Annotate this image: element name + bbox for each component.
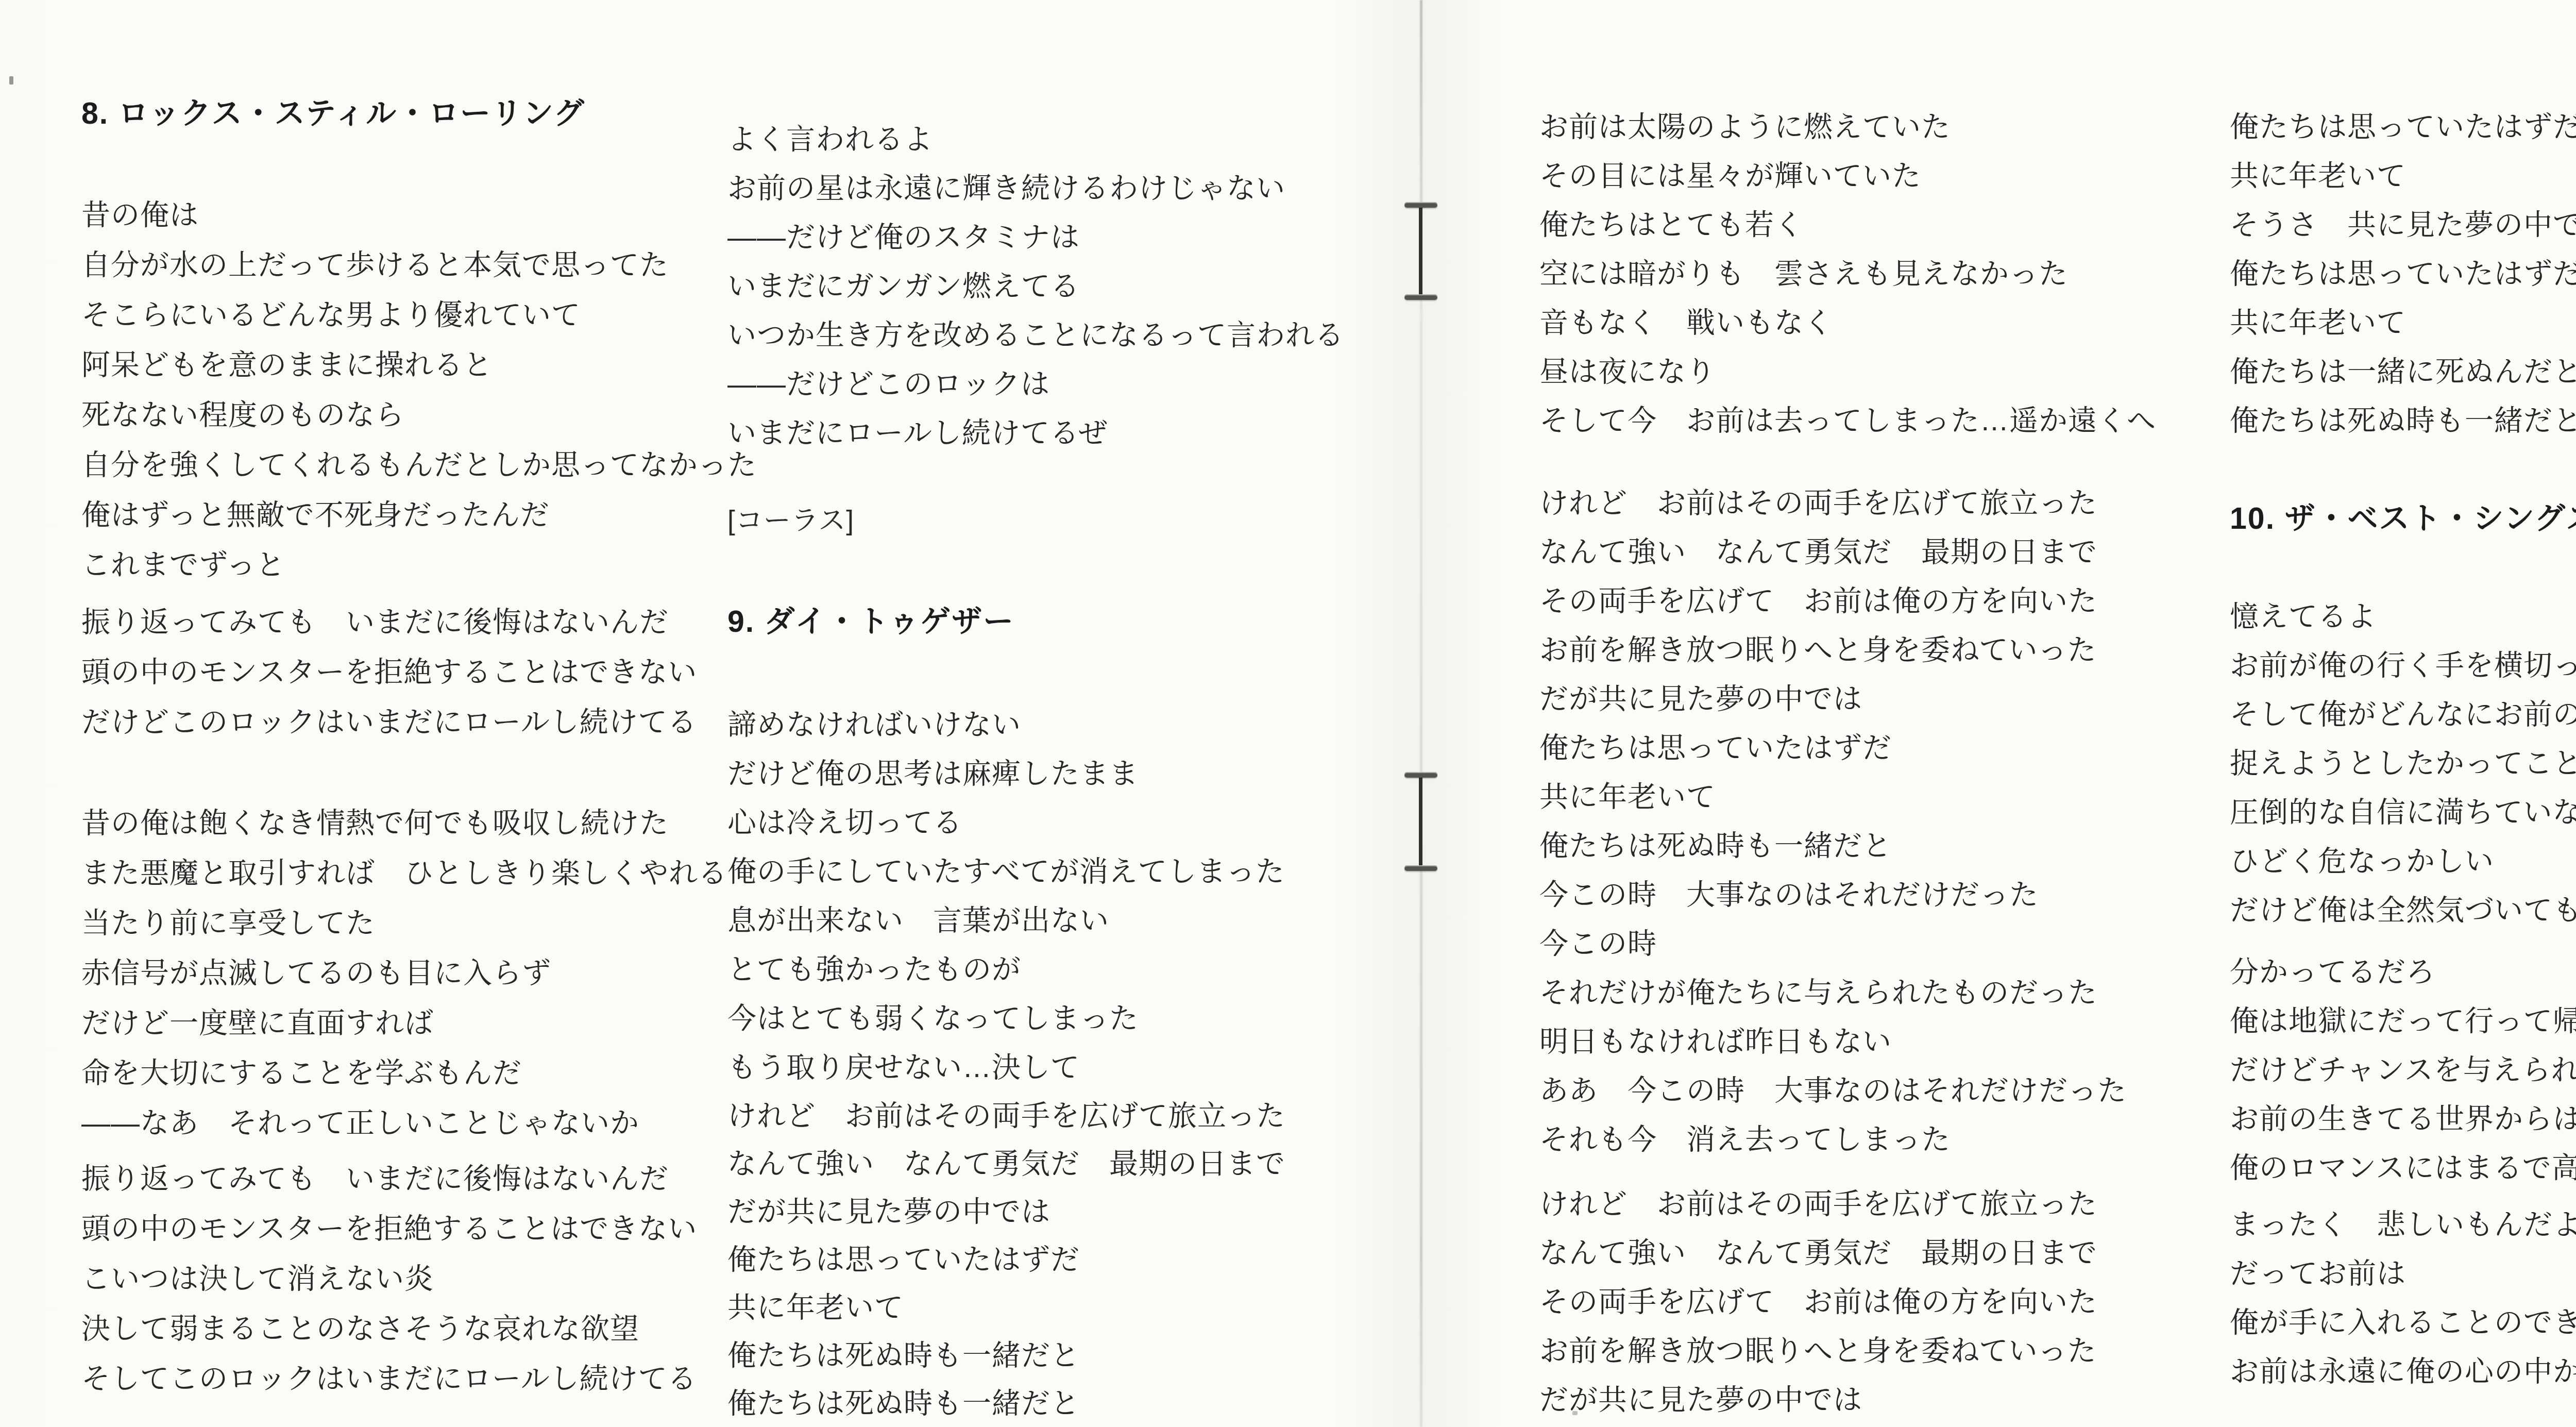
lyric-line: 分かってるだろ <box>2230 947 2576 996</box>
lyric-line: お前が俺の行く手を横切った時のこと <box>2230 641 2576 690</box>
song-10-verse-1: 憶えてるよお前が俺の行く手を横切った時のことそして俺がどんなにお前の視線を捉えよ… <box>2230 592 2576 934</box>
lyric-line: 振り返ってみても いまだに後悔はないんだ <box>81 1153 697 1203</box>
staple-end <box>1404 294 1437 300</box>
staple-end <box>1404 202 1437 208</box>
song-10-title: 10. ザ・ベスト・シングス・アイ・ネヴァー・ハド <box>2230 494 2576 538</box>
song-8-verse-1: 昔の俺は自分が水の上だって歩けると本気で思ってたそこらにいるどんな男より優れてい… <box>81 190 757 590</box>
lyric-line: 俺が手に入れることのできなかった最高のもの <box>2230 1298 2576 1347</box>
lyric-line: だが共に見た夢の中では <box>1539 674 2097 723</box>
lyric-line: いまだにロールし続けてるぜ <box>727 408 1344 457</box>
lyric-line: 命を大切にすることを学ぶもんだ <box>81 1048 727 1098</box>
lyric-line: その両手を広げて お前は俺の方を向いた <box>1539 576 2097 625</box>
lyric-line: いつか生き方を改めることになるって言われる <box>727 310 1344 359</box>
lyrics-column-1: 8. ロックス・スティル・ローリング 昔の俺は自分が水の上だって歩けると本気で思… <box>81 0 741 1427</box>
lyric-line: 死なない程度のものなら <box>81 390 757 440</box>
song-9-chorus-4: 俺たちは思っていたはずだ共に年老いてそうさ 共に見た夢の中では俺たちは思っていた… <box>2230 102 2576 445</box>
staple-leg <box>1419 206 1422 297</box>
lyric-line: 憶えてるよ <box>2230 592 2576 641</box>
lyric-line: お前を解き放つ眠りへと身を委ねていった <box>1539 625 2097 674</box>
lyric-line: お前は永遠に俺の心の中から消えやしない <box>2230 1347 2576 1396</box>
lyric-line: 頭の中のモンスターを拒絶することはできない <box>81 1203 697 1253</box>
song-9-chorus-1: けれど お前はその両手を広げて旅立ったなんて強い なんて勇気だ 最期の日までだが… <box>727 1092 1285 1427</box>
paper-speck <box>9 76 13 85</box>
lyric-line: 空には暗がりも 雲さえも見えなかった <box>1539 249 2156 298</box>
lyric-line: そして俺がどんなにお前の視線を <box>2230 690 2576 738</box>
lyric-line: そこらにいるどんな男より優れていて <box>81 290 757 340</box>
lyric-line: だけど俺は全然気づいてもらえなかった <box>2230 885 2576 934</box>
lyric-line: 明日もなければ昨日もない <box>1539 1017 2127 1066</box>
staple-end <box>1404 865 1437 871</box>
lyric-line: けれど お前はその両手を広げて旅立った <box>1539 478 2097 527</box>
lyric-line: お前の星は永遠に輝き続けるわけじゃない <box>727 163 1344 212</box>
lyrics-column-3: お前は太陽のように燃えていたその目には星々が輝いていた俺たちはとても若く空には暗… <box>1539 0 2219 1427</box>
lyric-line: 俺たちは思っていたはずだ <box>2230 249 2576 298</box>
lyric-line: けれど お前はその両手を広げて旅立った <box>1539 1179 2097 1228</box>
lyrics-column-2: よく言われるよお前の星は永遠に輝き続けるわけじゃない——だけど俺のスタミナはいま… <box>727 0 1408 1427</box>
lyric-line: 心は冷え切ってる <box>727 798 1285 847</box>
lyric-line: 圧倒的な自信に満ちていながら <box>2230 787 2576 836</box>
song-8-chorus-note: [コーラス] <box>727 499 854 538</box>
lyric-line: 俺たちは死ぬ時も一緒だと <box>1539 821 2097 870</box>
paper-speck <box>1572 1411 1578 1415</box>
lyric-line: 諦めなければいけない <box>727 700 1285 749</box>
lyric-line: 共に年老いて <box>2230 151 2576 200</box>
lyric-line: 共に年老いて <box>1539 772 2097 821</box>
lyric-line: 俺たちは思っていたはずだ <box>2230 102 2576 151</box>
lyric-line: だけど俺の思考は麻痺したまま <box>727 749 1285 798</box>
lyric-line: 俺たちは思っていたはずだ <box>1539 723 2097 772</box>
lyric-line: 今この時 <box>1539 919 2127 968</box>
song-9-chorus-2: けれど お前はその両手を広げて旅立ったなんて強い なんて勇気だ 最期の日までその… <box>1539 478 2097 870</box>
lyric-line: ひどく危なっかしい <box>2230 836 2576 885</box>
lyric-line: 息が出来ない 言葉が出ない <box>727 896 1285 945</box>
lyric-line: 昔の俺は <box>81 190 757 240</box>
lyric-line: 音もなく 戦いもなく <box>1539 298 2156 347</box>
lyric-line: いまだにガンガン燃えてる <box>727 261 1344 310</box>
lyric-line: 共に年老いて <box>2230 298 2576 347</box>
lyric-line: だけどチャンスを与えられることすらなかった <box>2230 1045 2576 1094</box>
lyric-line: だけど一度壁に直面すれば <box>81 998 727 1048</box>
lyric-line: 今この時 大事なのはそれだけだった <box>1539 870 2127 919</box>
lyric-line: 決して弱まることのなさそうな哀れな欲望 <box>81 1303 697 1353</box>
lyric-line: お前の生きてる世界からは完全に蚊帳の外 <box>2230 1094 2576 1143</box>
song-8-bridge: よく言われるよお前の星は永遠に輝き続けるわけじゃない——だけど俺のスタミナはいま… <box>727 114 1344 457</box>
lyric-line: これまでずっと <box>81 540 757 590</box>
lyric-line: だが共に見た夢の中では <box>727 1187 1285 1235</box>
lyric-line: 俺は地獄にだって行って帰って来てみせる <box>2230 996 2576 1045</box>
lyric-line: また悪魔と取引すれば ひとしきり楽しくやれる <box>81 848 727 898</box>
lyric-line: ——だけどこのロックは <box>727 359 1344 408</box>
lyric-line: なんて強い なんて勇気だ 最期の日まで <box>1539 1228 2097 1277</box>
lyrics-column-4: 俺たちは思っていたはずだ共に年老いてそうさ 共に見た夢の中では俺たちは思っていた… <box>2230 0 2576 1427</box>
song-8-title: 8. ロックス・スティル・ローリング <box>81 89 585 132</box>
lyric-line: なんて強い なんて勇気だ 最期の日まで <box>1539 527 2097 576</box>
lyric-line: その両手を広げて お前は俺の方を向いた <box>1539 1277 2097 1326</box>
lyric-line: とても強かったものが <box>727 945 1285 994</box>
lyric-line: そしてこのロックはいまだにロールし続けてる <box>81 1353 697 1403</box>
staple-top <box>1404 202 1437 300</box>
lyric-line: それだけが俺たちに与えられたものだった <box>1539 968 2127 1017</box>
lyric-line: よく言われるよ <box>727 114 1344 163</box>
lyric-line: ——なあ それって正しいことじゃないか <box>81 1098 727 1148</box>
song-9-chorus-3: けれど お前はその両手を広げて旅立ったなんて強い なんて勇気だ 最期の日までその… <box>1539 1179 2097 1424</box>
lyric-line: そして今 お前は去ってしまった…遥か遠くへ <box>1539 396 2156 445</box>
staple-leg <box>1419 776 1422 868</box>
lyric-line: 俺たちは死ぬ時も一緒だと <box>727 1331 1285 1379</box>
lyric-line: 俺たちは死ぬ時も一緒だと <box>2230 396 2576 445</box>
song-8-chorus-1: 振り返ってみても いまだに後悔はないんだ頭の中のモンスターを拒絶することはできな… <box>81 597 697 747</box>
lyric-line: もう取り戻せない…決して <box>727 1043 1285 1092</box>
lyric-line: 昼は夜になり <box>1539 347 2156 396</box>
lyric-line: 頭の中のモンスターを拒絶することはできない <box>81 647 697 697</box>
lyric-line: まったく 悲しいもんだよな <box>2230 1200 2576 1249</box>
lyric-line: こいつは決して消えない炎 <box>81 1253 697 1303</box>
song-8-chorus-2: 振り返ってみても いまだに後悔はないんだ頭の中のモンスターを拒絶することはできな… <box>81 1153 697 1403</box>
lyric-line: 捉えようとしたかってことも <box>2230 738 2576 787</box>
lyric-line: 共に年老いて <box>727 1283 1285 1331</box>
song-8-verse-2: 昔の俺は飽くなき情熱で何でも吸収し続けたまた悪魔と取引すれば ひとしきり楽しくや… <box>81 798 727 1148</box>
lyric-line: 阿呆どもを意のままに操れると <box>81 340 757 390</box>
lyric-line: 俺たちはとても若く <box>1539 200 2156 249</box>
lyric-line: 当たり前に享受してた <box>81 898 727 948</box>
lyric-line: 赤信号が点滅してるのも目に入らず <box>81 948 727 998</box>
lyric-line: 俺たちは死ぬ時も一緒だと <box>727 1379 1285 1427</box>
lyric-line: なんて強い なんて勇気だ 最期の日まで <box>727 1139 1285 1187</box>
lyric-line: それも今 消え去ってしまった <box>1539 1115 2127 1164</box>
lyric-line: だってお前は <box>2230 1249 2576 1298</box>
lyric-line: 昔の俺は飽くなき情熱で何でも吸収し続けた <box>81 798 727 848</box>
lyric-line: だが共に見た夢の中では <box>1539 1375 2097 1424</box>
lyric-line: 俺の手にしていたすべてが消えてしまった <box>727 847 1285 896</box>
lyric-line: お前は太陽のように燃えていた <box>1539 102 2156 151</box>
lyric-line: 俺たちは一緒に死ぬんだと <box>2230 347 2576 396</box>
lyric-line: 自分が水の上だって歩けると本気で思ってた <box>81 240 757 290</box>
song-9-title: 9. ダイ・トゥゲザー <box>727 597 1014 641</box>
lyric-line: けれど お前はその両手を広げて旅立った <box>727 1092 1285 1139</box>
lyric-line: 今はとても弱くなってしまった <box>727 994 1285 1043</box>
song-10-verse-3: まったく 悲しいもんだよなだってお前は俺が手に入れることのできなかった最高のもの… <box>2230 1200 2576 1396</box>
staple-bottom <box>1404 772 1437 871</box>
lyric-line: 振り返ってみても いまだに後悔はないんだ <box>81 597 697 647</box>
lyric-line: 俺のロマンスにはまるで高嶺の花 <box>2230 1143 2576 1192</box>
lyric-line: 俺はずっと無敵で不死身だったんだ <box>81 490 757 540</box>
song-9-verse-1: 諦めなければいけないだけど俺の思考は麻痺したまま心は冷え切ってる俺の手にしていた… <box>727 700 1285 1092</box>
lyric-line: その目には星々が輝いていた <box>1539 151 2156 200</box>
song-10-verse-2: 分かってるだろ俺は地獄にだって行って帰って来てみせるだけどチャンスを与えられるこ… <box>2230 947 2576 1192</box>
lyric-line: 自分を強くしてくれるもんだとしか思ってなかった <box>81 440 757 490</box>
lyric-line: そうさ 共に見た夢の中では <box>2230 200 2576 249</box>
lyric-line: ——だけど俺のスタミナは <box>727 212 1344 261</box>
lyric-line: だけどこのロックはいまだにロールし続けてる <box>81 697 697 747</box>
lyric-line: お前を解き放つ眠りへと身を委ねていった <box>1539 1326 2097 1375</box>
song-9-verse-2: お前は太陽のように燃えていたその目には星々が輝いていた俺たちはとても若く空には暗… <box>1539 102 2156 445</box>
staple-end <box>1404 772 1437 778</box>
lyric-line: 俺たちは思っていたはずだ <box>727 1235 1285 1283</box>
booklet-spread: 8. ロックス・スティル・ローリング 昔の俺は自分が水の上だって歩けると本気で思… <box>0 0 2576 1427</box>
song-9-bridge: 今この時 大事なのはそれだけだった今この時それだけが俺たちに与えられたものだった… <box>1539 870 2127 1164</box>
lyric-line: ああ 今この時 大事なのはそれだけだった <box>1539 1066 2127 1115</box>
